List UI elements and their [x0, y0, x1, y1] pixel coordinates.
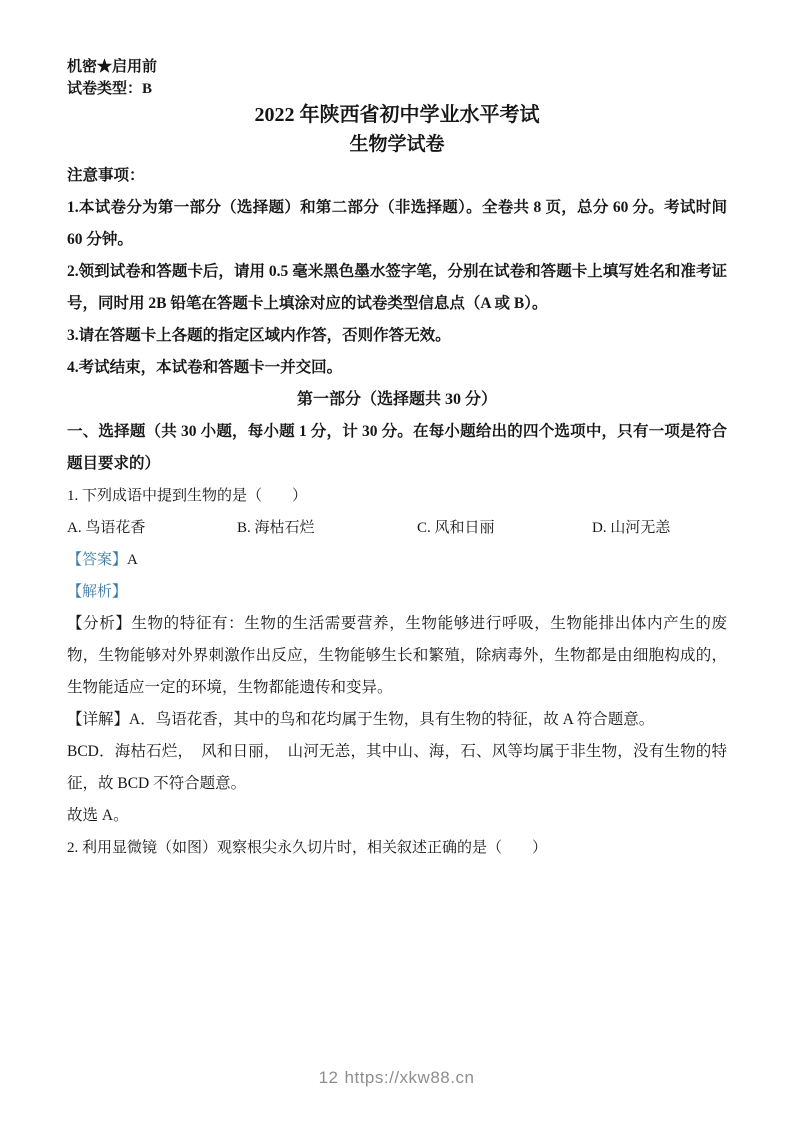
notice-item-1: 1.本试卷分为第一部分（选择题）和第二部分（非选择题）。全卷共 8 页，总分 6… [67, 192, 727, 256]
option-d: D. 山河无恙 [592, 512, 727, 544]
analysis-paragraph: 【分析】生物的特征有：生物的生活需要营养，生物能够进行呼吸，生物能排出体内产生的… [67, 608, 727, 704]
analysis-label-line: 【解析】 [67, 576, 727, 608]
paper-subtitle: 生物学试卷 [67, 130, 727, 160]
section-instructions: 一、选择题（共 30 小题，每小题 1 分，计 30 分。在每小题给出的四个选项… [67, 416, 727, 480]
page-footer: 12https://xkw88.cn [0, 1068, 793, 1088]
detail-paragraph-2: BCD．海枯石烂， 风和日丽， 山河无恙，其中山、海，石、风等均属于非生物，没有… [67, 736, 727, 800]
detail-paragraph-1: 【详解】A．鸟语花香，其中的鸟和花均属于生物，具有生物的特征，故 A 符合题意。 [67, 704, 727, 736]
notice-heading: 注意事项： [67, 160, 727, 192]
paper-type-label: 试卷类型：B [67, 78, 727, 100]
option-b: B. 海枯石烂 [237, 512, 417, 544]
answer-value: A [127, 552, 138, 568]
notice-item-2: 2.领到试卷和答题卡后，请用 0.5 毫米黑色墨水签字笔，分别在试卷和答题卡上填… [67, 256, 727, 320]
exam-paper-page: 机密★启用前 试卷类型：B 2022 年陕西省初中学业水平考试 生物学试卷 注意… [0, 0, 793, 1122]
notice-item-4: 4.考试结束，本试卷和答题卡一并交回。 [67, 352, 727, 384]
footer-site-url: https://xkw88.cn [345, 1068, 475, 1087]
section-heading: 第一部分（选择题共 30 分） [67, 384, 727, 416]
answer-line: 【答案】A [67, 544, 727, 576]
analysis-label: 【解析】 [67, 584, 127, 600]
option-c: C. 风和日丽 [417, 512, 592, 544]
question-2-stem: 2. 利用显微镜（如图）观察根尖永久切片时，相关叙述正确的是（ ） [67, 832, 727, 864]
confidential-classification-label: 机密★启用前 [67, 56, 727, 78]
question-1-stem: 1. 下列成语中提到生物的是（ ） [67, 480, 727, 512]
page-title: 2022 年陕西省初中学业水平考试 [67, 100, 727, 130]
page-number: 12 [319, 1068, 339, 1087]
option-a: A. 鸟语花香 [67, 512, 237, 544]
question-1-options: A. 鸟语花香 B. 海枯石烂 C. 风和日丽 D. 山河无恙 [67, 512, 727, 544]
notice-item-3: 3.请在答题卡上各题的指定区域内作答，否则作答无效。 [67, 320, 727, 352]
detail-conclusion: 故选 A。 [67, 800, 727, 832]
answer-label: 【答案】 [67, 552, 127, 568]
